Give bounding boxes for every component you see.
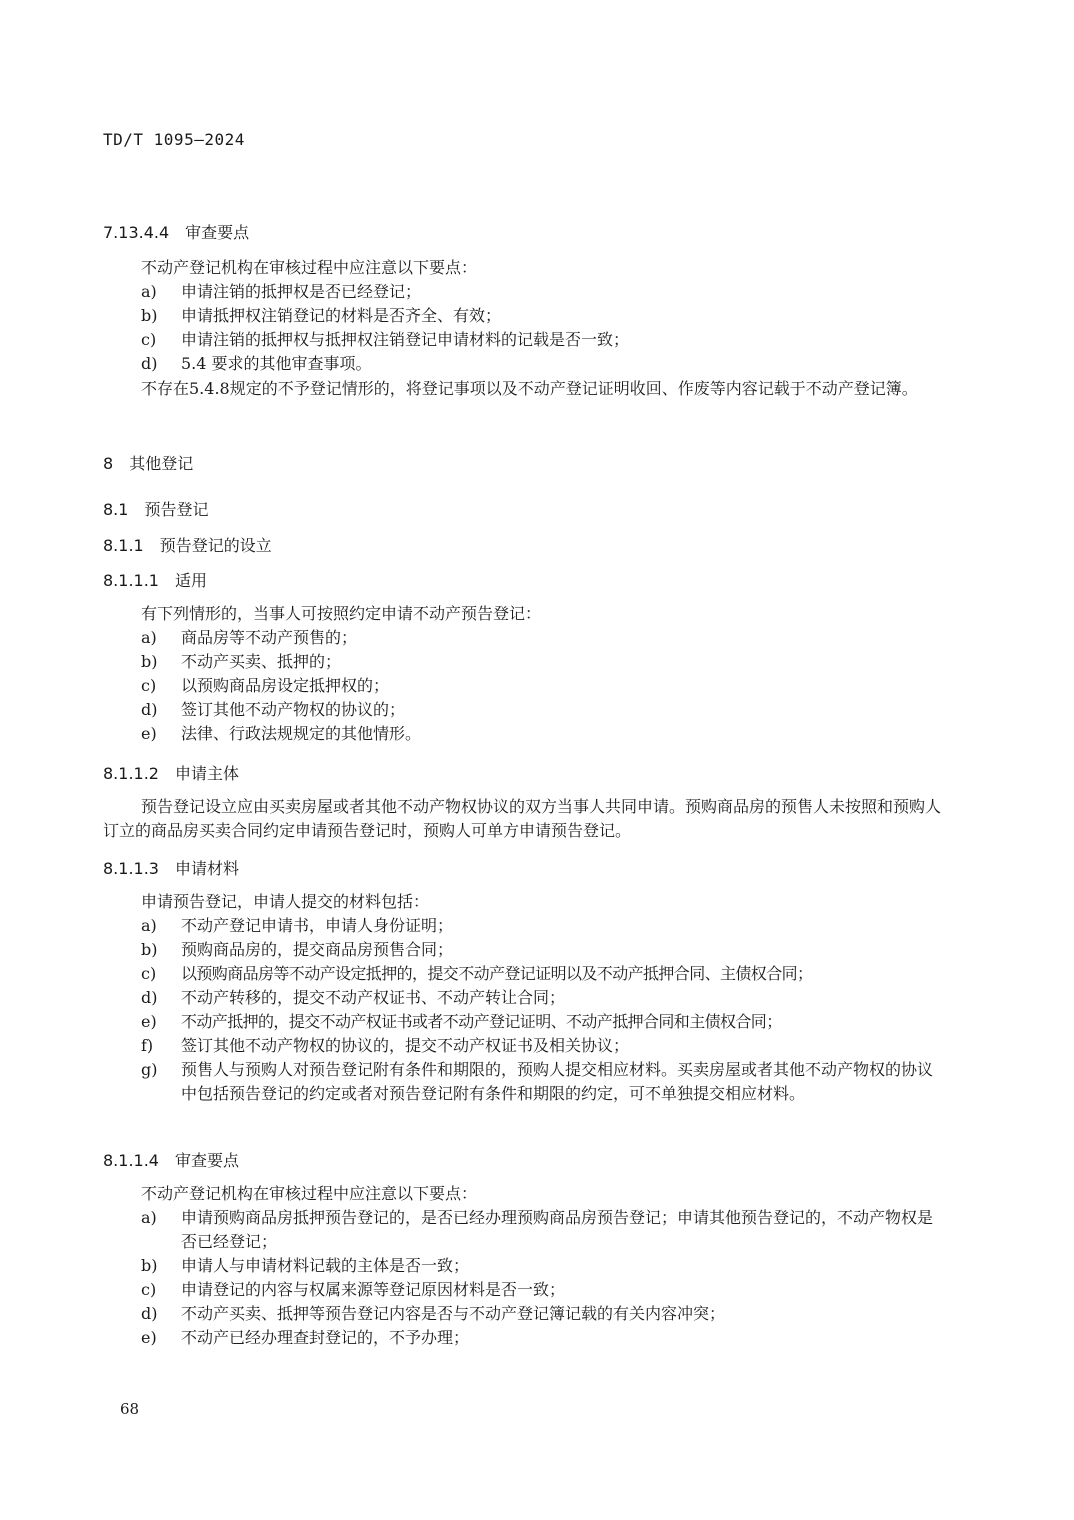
section-title: 适用 xyxy=(175,571,207,590)
list-marker: d) xyxy=(141,986,181,1010)
section-title: 申请主体 xyxy=(175,764,239,783)
section-number: 8.1.1.2 xyxy=(103,764,159,783)
list-item: a)不动产登记申请书，申请人身份证明； xyxy=(141,914,948,938)
list-text: 申请抵押权注销登记的材料是否齐全、有效； xyxy=(181,304,948,328)
list-text: 预购商品房的，提交商品房预售合同； xyxy=(181,938,948,962)
list-marker: b) xyxy=(141,1254,181,1278)
list-text: 不动产买卖、抵押等预告登记内容是否与不动产登记簿记载的有关内容冲突； xyxy=(181,1302,948,1326)
list-item: e)法律、行政法规规定的其他情形。 xyxy=(141,722,948,746)
section-number: 8.1.1.1 xyxy=(103,571,159,590)
section-title: 预告登记 xyxy=(144,500,208,519)
standard-code-header: TD/T 1095—2024 xyxy=(103,130,245,149)
list-marker: d) xyxy=(141,352,181,376)
list-marker: c) xyxy=(141,328,181,352)
paragraph-intro: 不动产登记机构在审核过程中应注意以下要点： xyxy=(103,256,948,280)
list-item: b)预购商品房的，提交商品房预售合同； xyxy=(141,938,948,962)
section-heading-8: 8其他登记 xyxy=(103,451,193,474)
list-marker: d) xyxy=(141,1302,181,1326)
list-text: 申请人与申请材料记载的主体是否一致； xyxy=(181,1254,948,1278)
section-number: 8.1 xyxy=(103,500,128,519)
list-item: e)不动产已经办理查封登记的，不予办理； xyxy=(141,1326,948,1350)
section-title: 预告登记的设立 xyxy=(160,536,272,555)
list-marker: a) xyxy=(141,626,181,650)
section-heading-7-13-4-4: 7.13.4.4审查要点 xyxy=(103,220,249,243)
list-text: 申请预购商品房抵押预告登记的，是否已经办理预购商品房预告登记；申请其他预告登记的… xyxy=(181,1206,948,1254)
list-text: 不动产买卖、抵押的； xyxy=(181,650,948,674)
list-item: a)商品房等不动产预售的； xyxy=(141,626,948,650)
list-item: f)签订其他不动产物权的协议的，提交不动产权证书及相关协议； xyxy=(141,1034,948,1058)
list-text: 以预购商品房等不动产设定抵押的，提交不动产登记证明以及不动产抵押合同、主债权合同… xyxy=(181,962,948,986)
list-text: 5.4 要求的其他审查事项。 xyxy=(181,352,948,376)
section-title: 审查要点 xyxy=(185,223,249,242)
list-item: d)签订其他不动产物权的协议的； xyxy=(141,698,948,722)
list-text: 预售人与预购人对预告登记附有条件和期限的，预购人提交相应材料。买卖房屋或者其他不… xyxy=(181,1058,948,1106)
section-number: 8.1.1.3 xyxy=(103,859,159,878)
paragraph-intro: 申请预告登记，申请人提交的材料包括： xyxy=(103,890,948,914)
list-item: a)申请注销的抵押权是否已经登记； xyxy=(141,280,948,304)
list-item: d)5.4 要求的其他审查事项。 xyxy=(141,352,948,376)
list-marker: e) xyxy=(141,1326,181,1350)
list-item: a)申请预购商品房抵押预告登记的，是否已经办理预购商品房预告登记；申请其他预告登… xyxy=(141,1206,948,1254)
page-number: 68 xyxy=(120,1400,139,1418)
section-number: 7.13.4.4 xyxy=(103,223,169,242)
list-marker: c) xyxy=(141,962,181,986)
list-marker: a) xyxy=(141,280,181,304)
list-item: c)以预购商品房设定抵押权的； xyxy=(141,674,948,698)
list-item: d)不动产转移的，提交不动产权证书、不动产转让合同； xyxy=(141,986,948,1010)
list-text: 签订其他不动产物权的协议的； xyxy=(181,698,948,722)
list-marker: a) xyxy=(141,914,181,938)
list-item: b)申请人与申请材料记载的主体是否一致； xyxy=(141,1254,948,1278)
section-heading-8-1: 8.1预告登记 xyxy=(103,497,208,520)
list-marker: c) xyxy=(141,1278,181,1302)
list-text: 申请注销的抵押权是否已经登记； xyxy=(181,280,948,304)
list-marker: b) xyxy=(141,304,181,328)
list-text: 不动产转移的，提交不动产权证书、不动产转让合同； xyxy=(181,986,948,1010)
list-text: 不动产已经办理查封登记的，不予办理； xyxy=(181,1326,948,1350)
paragraph-intro: 有下列情形的，当事人可按照约定申请不动产预告登记： xyxy=(103,602,948,626)
paragraph-closing: 不存在5.4.8规定的不予登记情形的，将登记事项以及不动产登记证明收回、作废等内… xyxy=(103,377,948,401)
section-heading-8-1-1-3: 8.1.1.3申请材料 xyxy=(103,856,239,879)
section-heading-8-1-1-2: 8.1.1.2申请主体 xyxy=(103,761,239,784)
list-marker: g) xyxy=(141,1058,181,1082)
list-item: c)申请登记的内容与权属来源等登记原因材料是否一致； xyxy=(141,1278,948,1302)
list-text: 申请注销的抵押权与抵押权注销登记申请材料的记载是否一致； xyxy=(181,328,948,352)
list-marker: d) xyxy=(141,698,181,722)
list-marker: e) xyxy=(141,722,181,746)
paragraph-intro: 不动产登记机构在审核过程中应注意以下要点： xyxy=(103,1182,948,1206)
list-item: e)不动产抵押的，提交不动产权证书或者不动产登记证明、不动产抵押合同和主债权合同… xyxy=(141,1010,948,1034)
section-heading-8-1-1: 8.1.1预告登记的设立 xyxy=(103,533,272,556)
list-text: 法律、行政法规规定的其他情形。 xyxy=(181,722,948,746)
paragraph-body: 预告登记设立应由买卖房屋或者其他不动产物权协议的双方当事人共同申请。预购商品房的… xyxy=(103,795,948,843)
list-marker: f) xyxy=(141,1034,181,1058)
section-heading-8-1-1-1: 8.1.1.1适用 xyxy=(103,568,207,591)
list-text: 不动产抵押的，提交不动产权证书或者不动产登记证明、不动产抵押合同和主债权合同； xyxy=(181,1010,948,1034)
list-marker: c) xyxy=(141,674,181,698)
list-marker: b) xyxy=(141,650,181,674)
list-text: 签订其他不动产物权的协议的，提交不动产权证书及相关协议； xyxy=(181,1034,948,1058)
section-number: 8 xyxy=(103,454,113,473)
list-text: 不动产登记申请书，申请人身份证明； xyxy=(181,914,948,938)
section-number: 8.1.1 xyxy=(103,536,144,555)
list-item: d)不动产买卖、抵押等预告登记内容是否与不动产登记簿记载的有关内容冲突； xyxy=(141,1302,948,1326)
list-item: b)申请抵押权注销登记的材料是否齐全、有效； xyxy=(141,304,948,328)
list-text: 商品房等不动产预售的； xyxy=(181,626,948,650)
list-item: c)申请注销的抵押权与抵押权注销登记申请材料的记载是否一致； xyxy=(141,328,948,352)
list-text: 以预购商品房设定抵押权的； xyxy=(181,674,948,698)
section-title: 申请材料 xyxy=(175,859,239,878)
list-marker: a) xyxy=(141,1206,181,1230)
section-heading-8-1-1-4: 8.1.1.4审查要点 xyxy=(103,1148,239,1171)
section-number: 8.1.1.4 xyxy=(103,1151,159,1170)
list-marker: e) xyxy=(141,1010,181,1034)
list-item: c)以预购商品房等不动产设定抵押的，提交不动产登记证明以及不动产抵押合同、主债权… xyxy=(141,962,948,986)
section-title: 审查要点 xyxy=(175,1151,239,1170)
list-marker: b) xyxy=(141,938,181,962)
list-text: 申请登记的内容与权属来源等登记原因材料是否一致； xyxy=(181,1278,948,1302)
section-title: 其他登记 xyxy=(129,454,193,473)
list-item: b)不动产买卖、抵押的； xyxy=(141,650,948,674)
list-item: g)预售人与预购人对预告登记附有条件和期限的，预购人提交相应材料。买卖房屋或者其… xyxy=(141,1058,948,1106)
